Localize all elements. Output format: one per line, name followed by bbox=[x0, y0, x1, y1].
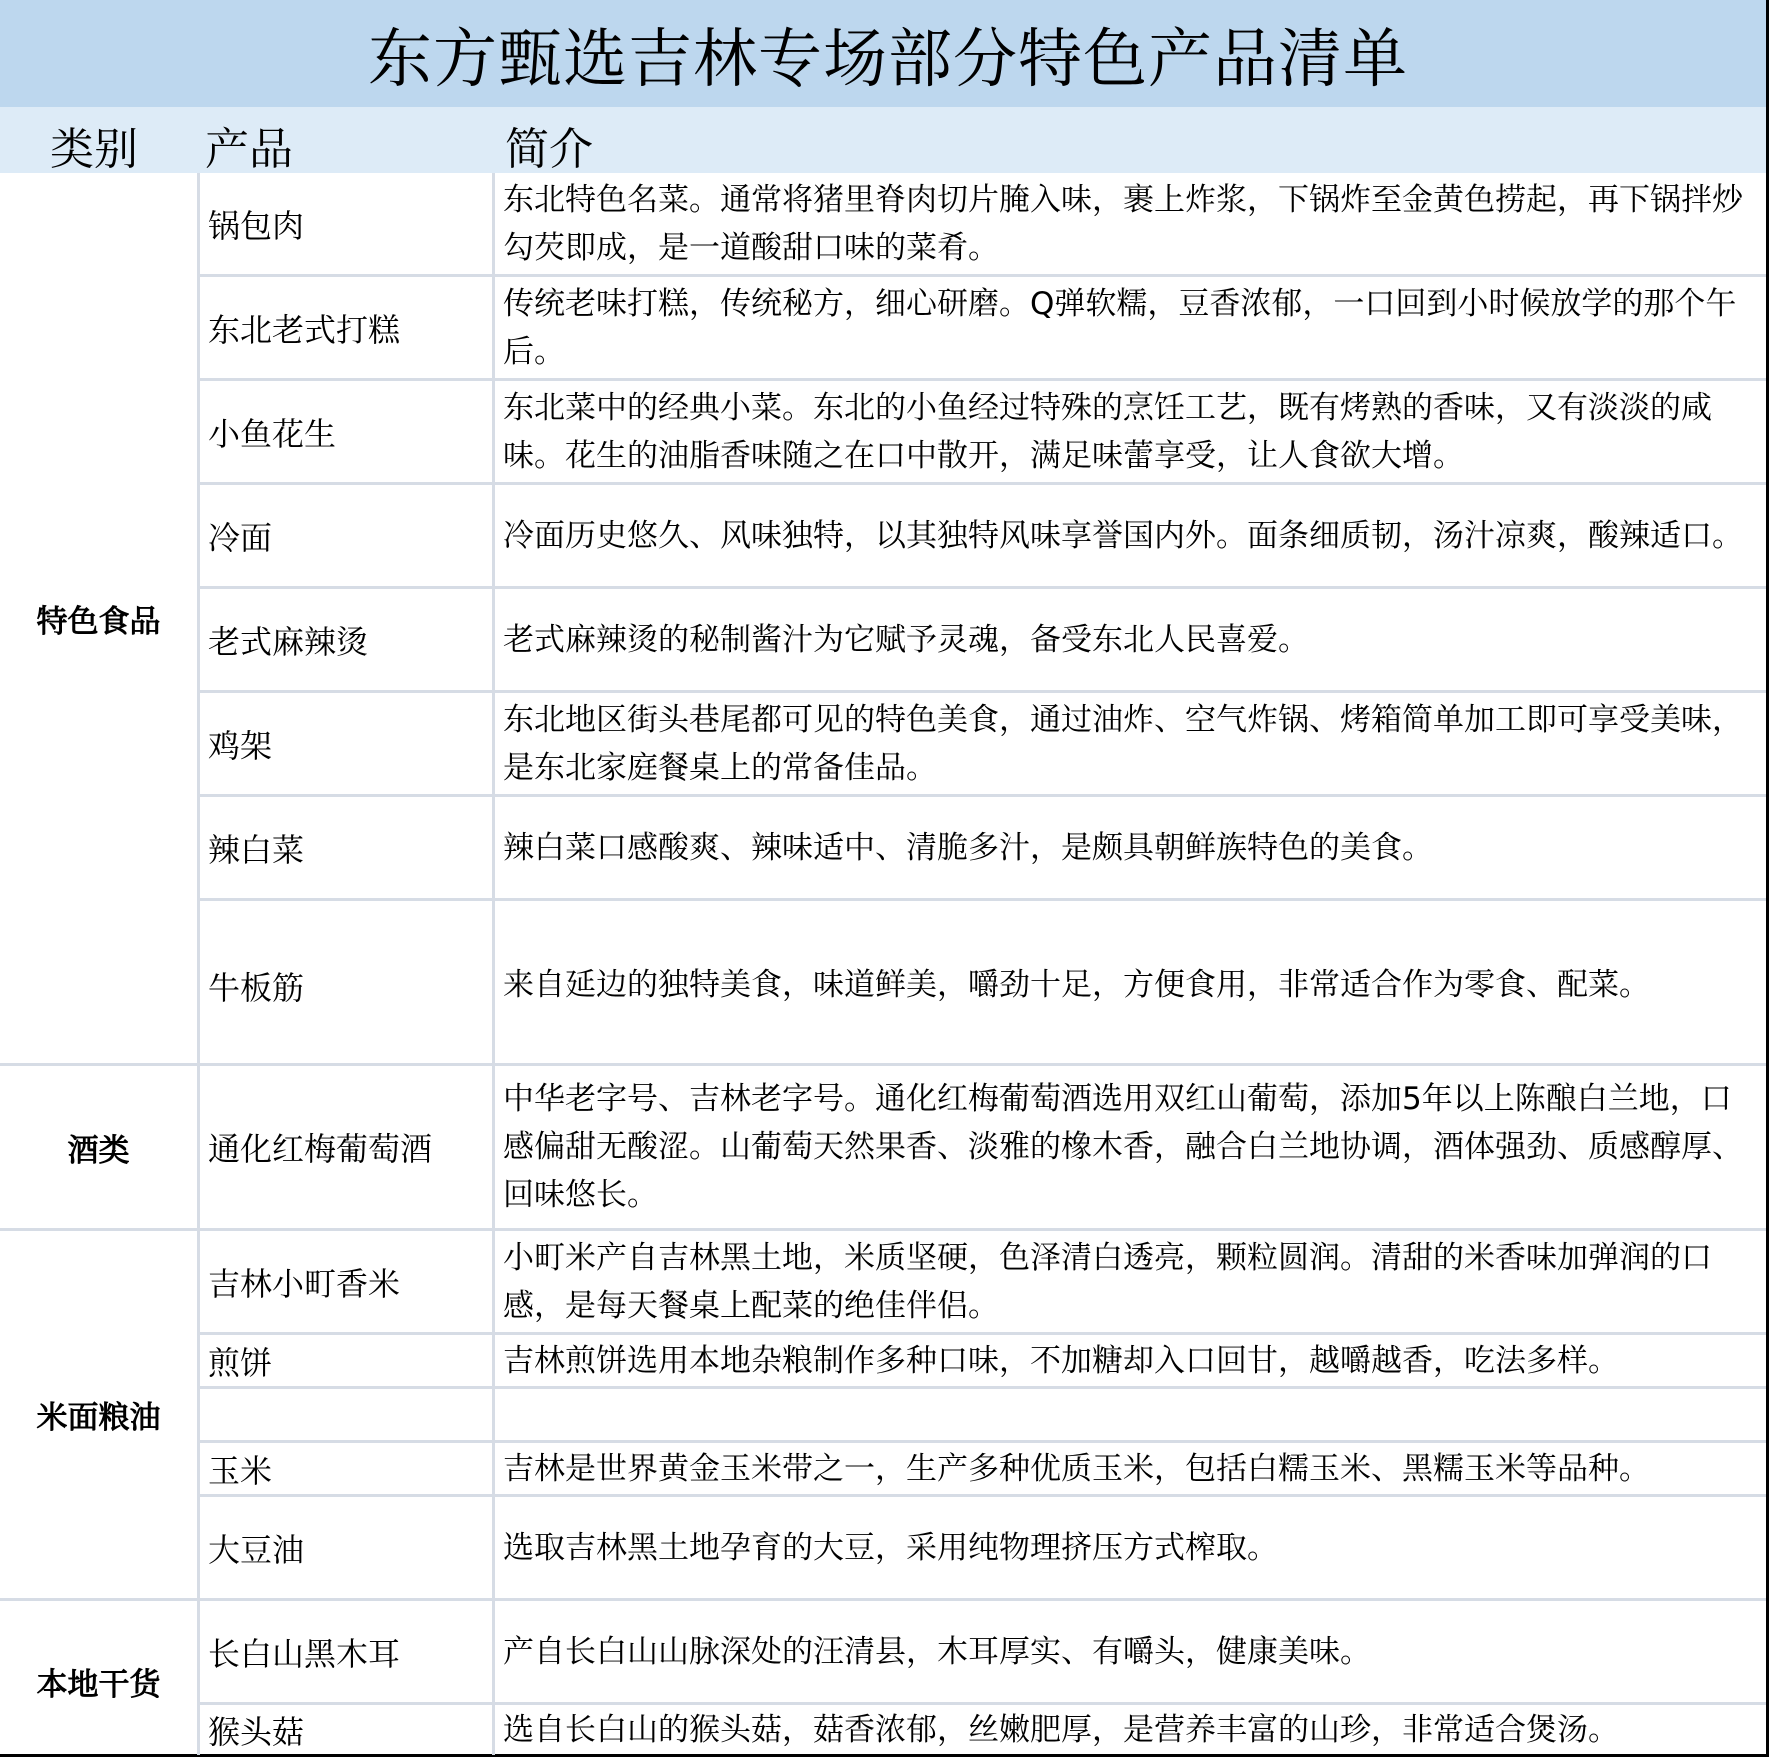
category-label: 特色食品 bbox=[37, 596, 161, 641]
product-name: 牛板筋 bbox=[197, 901, 495, 1063]
page-title: 东方甄选吉林专场部分特色产品清单 bbox=[358, 8, 1408, 100]
product-name: 冷面 bbox=[197, 485, 495, 586]
category-cell: 特色食品 bbox=[0, 173, 197, 1066]
table-row: 大豆油 选取吉林黑土地孕育的大豆，采用纯物理挤压方式榨取。 bbox=[197, 1497, 1766, 1601]
table-row: 辣白菜 辣白菜口感酸爽、辣味适中、清脆多汁，是颇具朝鲜族特色的美食。 bbox=[197, 797, 1766, 901]
product-description: 冷面历史悠久、风味独特，以其独特风味享誉国内外。面条细质韧，汤汁凉爽，酸辣适口。 bbox=[495, 485, 1766, 586]
product-name: 辣白菜 bbox=[197, 797, 495, 898]
product-name bbox=[197, 1389, 495, 1440]
product-description: 选自长白山的猴头菇，菇香浓郁，丝嫩肥厚，是营养丰富的山珍，非常适合煲汤。 bbox=[495, 1705, 1766, 1755]
table-row: 通化红梅葡萄酒 中华老字号、吉林老字号。通化红梅葡萄酒选用双红山葡萄，添加5年以… bbox=[197, 1066, 1766, 1231]
table-row: 小鱼花生 东北菜中的经典小菜。东北的小鱼经过特殊的烹饪工艺，既有烤熟的香味，又有… bbox=[197, 381, 1766, 485]
header-description: 简介 bbox=[505, 113, 593, 177]
table-row: 长白山黑木耳 产自长白山山脉深处的汪清县，木耳厚实、有嚼头，健康美味。 bbox=[197, 1601, 1766, 1705]
product-description: 东北地区街头巷尾都可见的特色美食，通过油炸、空气炸锅、烤箱简单加工即可享受美味，… bbox=[495, 693, 1766, 794]
table-row: 鸡架 东北地区街头巷尾都可见的特色美食，通过油炸、空气炸锅、烤箱简单加工即可享受… bbox=[197, 693, 1766, 797]
product-name: 猴头菇 bbox=[197, 1705, 495, 1755]
product-list-sheet: 东方甄选吉林专场部分特色产品清单 类别 产品 简介 特色食品 酒类 米面粮油 本… bbox=[0, 0, 1769, 1757]
product-name: 锅包肉 bbox=[197, 173, 495, 274]
product-name: 东北老式打糕 bbox=[197, 277, 495, 378]
product-name: 小鱼花生 bbox=[197, 381, 495, 482]
product-description: 传统老味打糕，传统秘方，细心研磨。Q弹软糯，豆香浓郁，一口回到小时候放学的那个午… bbox=[495, 277, 1766, 378]
table-row: 冷面 冷面历史悠久、风味独特，以其独特风味享誉国内外。面条细质韧，汤汁凉爽，酸辣… bbox=[197, 485, 1766, 589]
product-description: 东北特色名菜。通常将猪里脊肉切片腌入味，裹上炸浆，下锅炸至金黄色捞起，再下锅拌炒… bbox=[495, 173, 1766, 274]
table-row: 东北老式打糕 传统老味打糕，传统秘方，细心研磨。Q弹软糯，豆香浓郁，一口回到小时… bbox=[197, 277, 1766, 381]
product-description: 辣白菜口感酸爽、辣味适中、清脆多汁，是颇具朝鲜族特色的美食。 bbox=[495, 797, 1766, 898]
product-description: 东北菜中的经典小菜。东北的小鱼经过特殊的烹饪工艺，既有烤熟的香味，又有淡淡的咸味… bbox=[495, 381, 1766, 482]
header-category: 类别 bbox=[50, 113, 138, 177]
product-name: 玉米 bbox=[197, 1443, 495, 1494]
table-row: 猴头菇 选自长白山的猴头菇，菇香浓郁，丝嫩肥厚，是营养丰富的山珍，非常适合煲汤。 bbox=[197, 1705, 1766, 1755]
header-product: 产品 bbox=[205, 113, 293, 177]
product-description bbox=[495, 1389, 1766, 1440]
product-name: 老式麻辣烫 bbox=[197, 589, 495, 690]
product-name: 大豆油 bbox=[197, 1497, 495, 1598]
category-cell: 米面粮油 bbox=[0, 1231, 197, 1601]
product-description: 吉林煎饼选用本地杂粮制作多种口味，不加糖却入口回甘，越嚼越香，吃法多样。 bbox=[495, 1335, 1766, 1386]
product-name: 通化红梅葡萄酒 bbox=[197, 1066, 495, 1228]
category-label: 酒类 bbox=[68, 1125, 130, 1170]
product-name: 长白山黑木耳 bbox=[197, 1601, 495, 1702]
table-row: 牛板筋 来自延边的独特美食，味道鲜美，嚼劲十足，方便食用，非常适合作为零食、配菜… bbox=[197, 901, 1766, 1066]
product-description: 中华老字号、吉林老字号。通化红梅葡萄酒选用双红山葡萄，添加5年以上陈酿白兰地，口… bbox=[495, 1066, 1766, 1228]
table-header: 类别 产品 简介 bbox=[0, 107, 1766, 173]
category-label: 本地干货 bbox=[37, 1659, 161, 1704]
table-row: 老式麻辣烫 老式麻辣烫的秘制酱汁为它赋予灵魂，备受东北人民喜爱。 bbox=[197, 589, 1766, 693]
product-description: 选取吉林黑土地孕育的大豆，采用纯物理挤压方式榨取。 bbox=[495, 1497, 1766, 1598]
product-name: 吉林小町香米 bbox=[197, 1231, 495, 1332]
product-description: 产自长白山山脉深处的汪清县，木耳厚实、有嚼头，健康美味。 bbox=[495, 1601, 1766, 1702]
category-cell: 本地干货 bbox=[0, 1601, 197, 1758]
table-row-empty bbox=[197, 1389, 1766, 1443]
product-name: 煎饼 bbox=[197, 1335, 495, 1386]
product-description: 老式麻辣烫的秘制酱汁为它赋予灵魂，备受东北人民喜爱。 bbox=[495, 589, 1766, 690]
category-cell: 酒类 bbox=[0, 1066, 197, 1231]
product-name: 鸡架 bbox=[197, 693, 495, 794]
table-row: 锅包肉 东北特色名菜。通常将猪里脊肉切片腌入味，裹上炸浆，下锅炸至金黄色捞起，再… bbox=[197, 173, 1766, 277]
title-bar: 东方甄选吉林专场部分特色产品清单 bbox=[0, 0, 1766, 107]
category-label: 米面粮油 bbox=[37, 1392, 161, 1437]
table-row: 玉米 吉林是世界黄金玉米带之一，生产多种优质玉米，包括白糯玉米、黑糯玉米等品种。 bbox=[197, 1443, 1766, 1497]
table-row: 煎饼 吉林煎饼选用本地杂粮制作多种口味，不加糖却入口回甘，越嚼越香，吃法多样。 bbox=[197, 1335, 1766, 1389]
product-description: 吉林是世界黄金玉米带之一，生产多种优质玉米，包括白糯玉米、黑糯玉米等品种。 bbox=[495, 1443, 1766, 1494]
table-row: 吉林小町香米 小町米产自吉林黑土地，米质坚硬，色泽清白透亮，颗粒圆润。清甜的米香… bbox=[197, 1231, 1766, 1335]
product-description: 来自延边的独特美食，味道鲜美，嚼劲十足，方便食用，非常适合作为零食、配菜。 bbox=[495, 901, 1766, 1063]
product-description: 小町米产自吉林黑土地，米质坚硬，色泽清白透亮，颗粒圆润。清甜的米香味加弹润的口感… bbox=[495, 1231, 1766, 1332]
